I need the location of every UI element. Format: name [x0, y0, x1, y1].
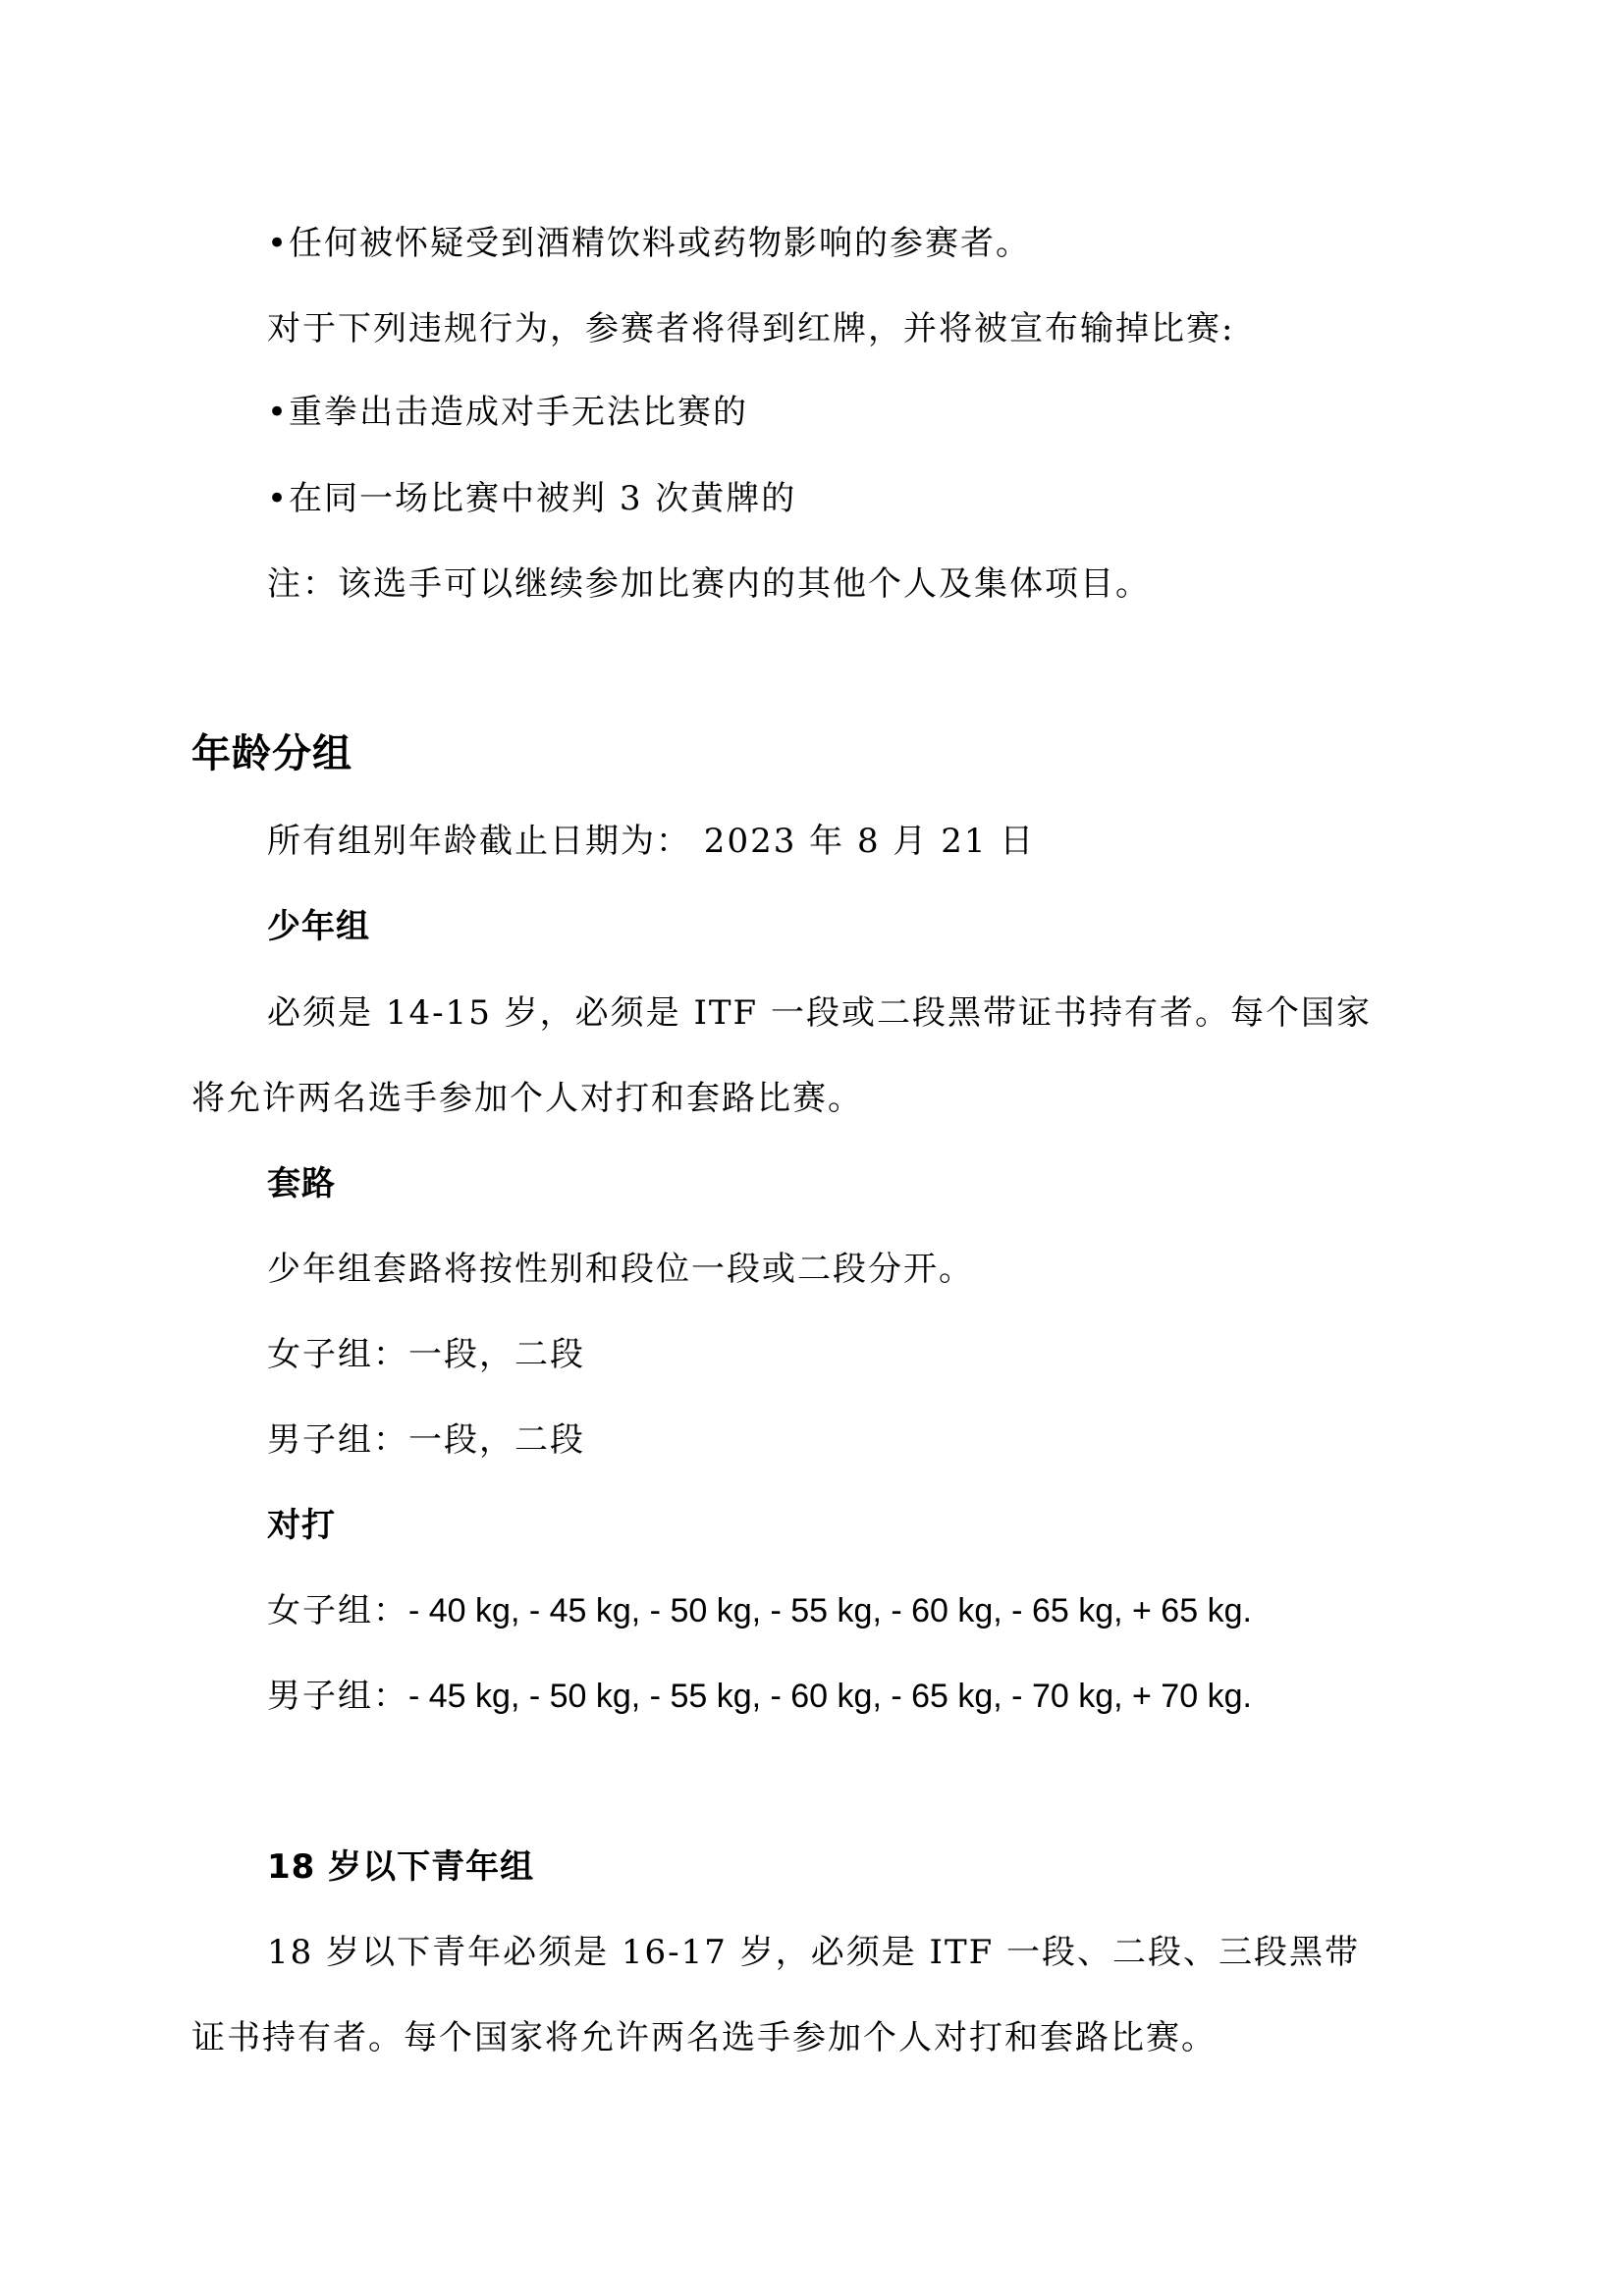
bullet-alcohol: •任何被怀疑受到酒精饮料或药物影响的参赛者。 [267, 222, 1031, 265]
subheading-junior: 少年组 [267, 905, 370, 948]
subheading-patterns: 套路 [267, 1162, 336, 1205]
sparring-female-weights: - 40 kg, - 45 kg, - 50 kg, - 55 kg, - 60… [408, 1592, 1252, 1629]
patterns-description: 少年组套路将按性别和段位一段或二段分开。 [267, 1248, 974, 1291]
junior-description-line1: 必须是 14-15 岁，必须是 ITF 一段或二段黑带证书持有者。每个国家 [267, 991, 1372, 1035]
sparring-male-weights: - 45 kg, - 50 kg, - 55 kg, - 60 kg, - 65… [408, 1678, 1252, 1715]
bullet-heavy-punch: •重拳出击造成对手无法比赛的 [267, 391, 748, 434]
subheading-sparring: 对打 [267, 1504, 336, 1547]
sparring-female: 女子组：- 40 kg, - 45 kg, - 50 kg, - 55 kg, … [267, 1589, 1252, 1632]
note-text: 注：该选手可以继续参加比赛内的其他个人及集体项目。 [267, 562, 1151, 606]
junior-description-line2: 将允许两名选手参加个人对打和套路比赛。 [191, 1077, 863, 1120]
section-heading-age-groups: 年龄分组 [191, 732, 352, 775]
patterns-male: 男子组：一段，二段 [267, 1418, 585, 1462]
red-card-intro: 对于下列违规行为，参赛者将得到红牌，并将被宣布输掉比赛: [267, 307, 1234, 350]
patterns-male-label: 男子组： [267, 1420, 408, 1460]
under18-description-line2: 证书持有者。每个国家将允许两名选手参加个人对打和套路比赛。 [191, 2016, 1217, 2059]
cutoff-date-text: 所有组别年龄截止日期为： 2023 年 8 月 21 日 [267, 820, 1035, 863]
subheading-under18: 18 岁以下青年组 [267, 1845, 534, 1889]
sparring-male: 男子组：- 45 kg, - 50 kg, - 55 kg, - 60 kg, … [267, 1675, 1252, 1718]
sparring-female-label: 女子组： [267, 1591, 408, 1630]
bullet-three-yellow: •在同一场比赛中被判 3 次黄牌的 [267, 477, 796, 520]
document-page: •任何被怀疑受到酒精饮料或药物影响的参赛者。 对于下列违规行为，参赛者将得到红牌… [0, 0, 1624, 2296]
patterns-female-value: 一段，二段 [408, 1335, 585, 1374]
patterns-male-value: 一段，二段 [408, 1420, 585, 1460]
patterns-female: 女子组：一段，二段 [267, 1333, 585, 1376]
under18-description-line1: 18 岁以下青年必须是 16-17 岁，必须是 ITF 一段、二段、三段黑带 [267, 1931, 1360, 1974]
patterns-female-label: 女子组： [267, 1335, 408, 1374]
sparring-male-label: 男子组： [267, 1677, 408, 1716]
